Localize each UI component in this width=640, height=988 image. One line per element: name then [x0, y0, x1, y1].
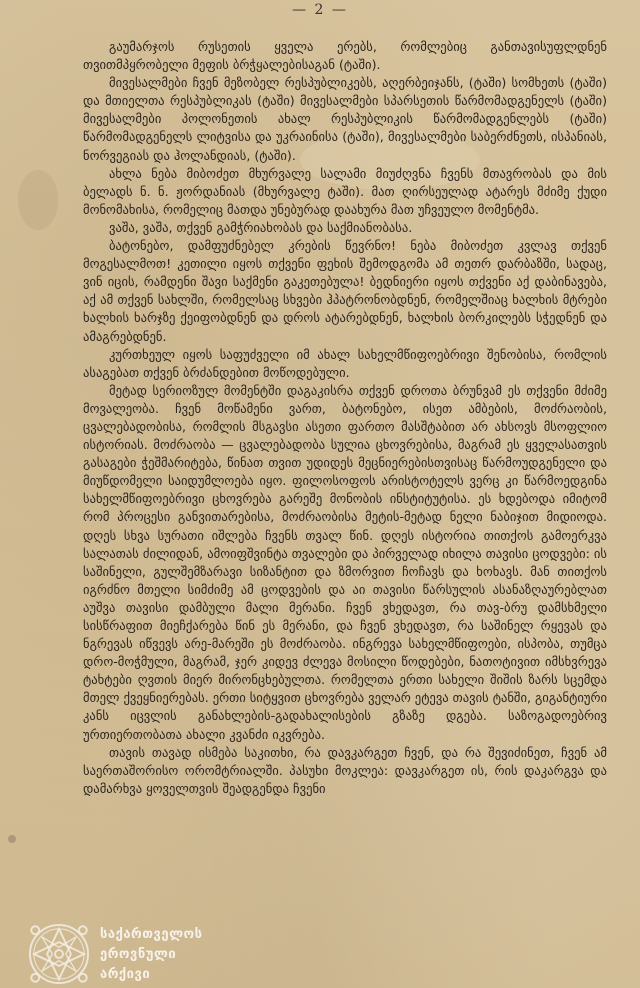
paragraph: მივესალმები ჩვენ მეზობელ რესპუბლიკებს, ა…	[83, 74, 607, 164]
national-archives-emblem-icon	[26, 921, 92, 987]
archive-watermark: საქართველოს ეროვნული არქივი	[20, 925, 230, 988]
archive-name-line: საქართველოს	[100, 925, 203, 945]
paper-stain	[18, 170, 58, 230]
paragraph: კურთხეულ იყოს საფუძველი იმ ახალ სახელმწი…	[83, 346, 607, 382]
paragraph: მეტად სერიოზულ მომენტში დაგაკისრა თქვენ …	[83, 382, 607, 744]
paragraph: ვაშა, ვაშა, თქვენ გამჭრიახობას და საქმია…	[83, 219, 607, 237]
paragraph: თავის თავად ისმება საკითხი, რა დავკარგეთ…	[83, 744, 607, 798]
paragraph: ბატონებო, დამფუძნებელ კრების წევრნო! ნებ…	[83, 237, 607, 346]
archive-name-line: ეროვნული	[100, 945, 203, 965]
page-number: — 2 —	[0, 2, 640, 18]
archive-name-line: არქივი	[100, 965, 203, 985]
document-body: გაუმარჯოს რუსეთის ყველა ერებს, რომლებიც …	[83, 38, 607, 798]
paragraph: გაუმარჯოს რუსეთის ყველა ერებს, რომლებიც …	[83, 38, 607, 74]
scanned-page: — 2 — გაუმარჯოს რუსეთის ყველა ერებს, რომ…	[0, 0, 640, 988]
paper-speck	[8, 835, 16, 843]
paragraph: ახლა ნება მიბოძეთ მხურვალე სალამი მიუძღვ…	[83, 165, 607, 219]
archive-name: საქართველოს ეროვნული არქივი	[100, 925, 203, 985]
